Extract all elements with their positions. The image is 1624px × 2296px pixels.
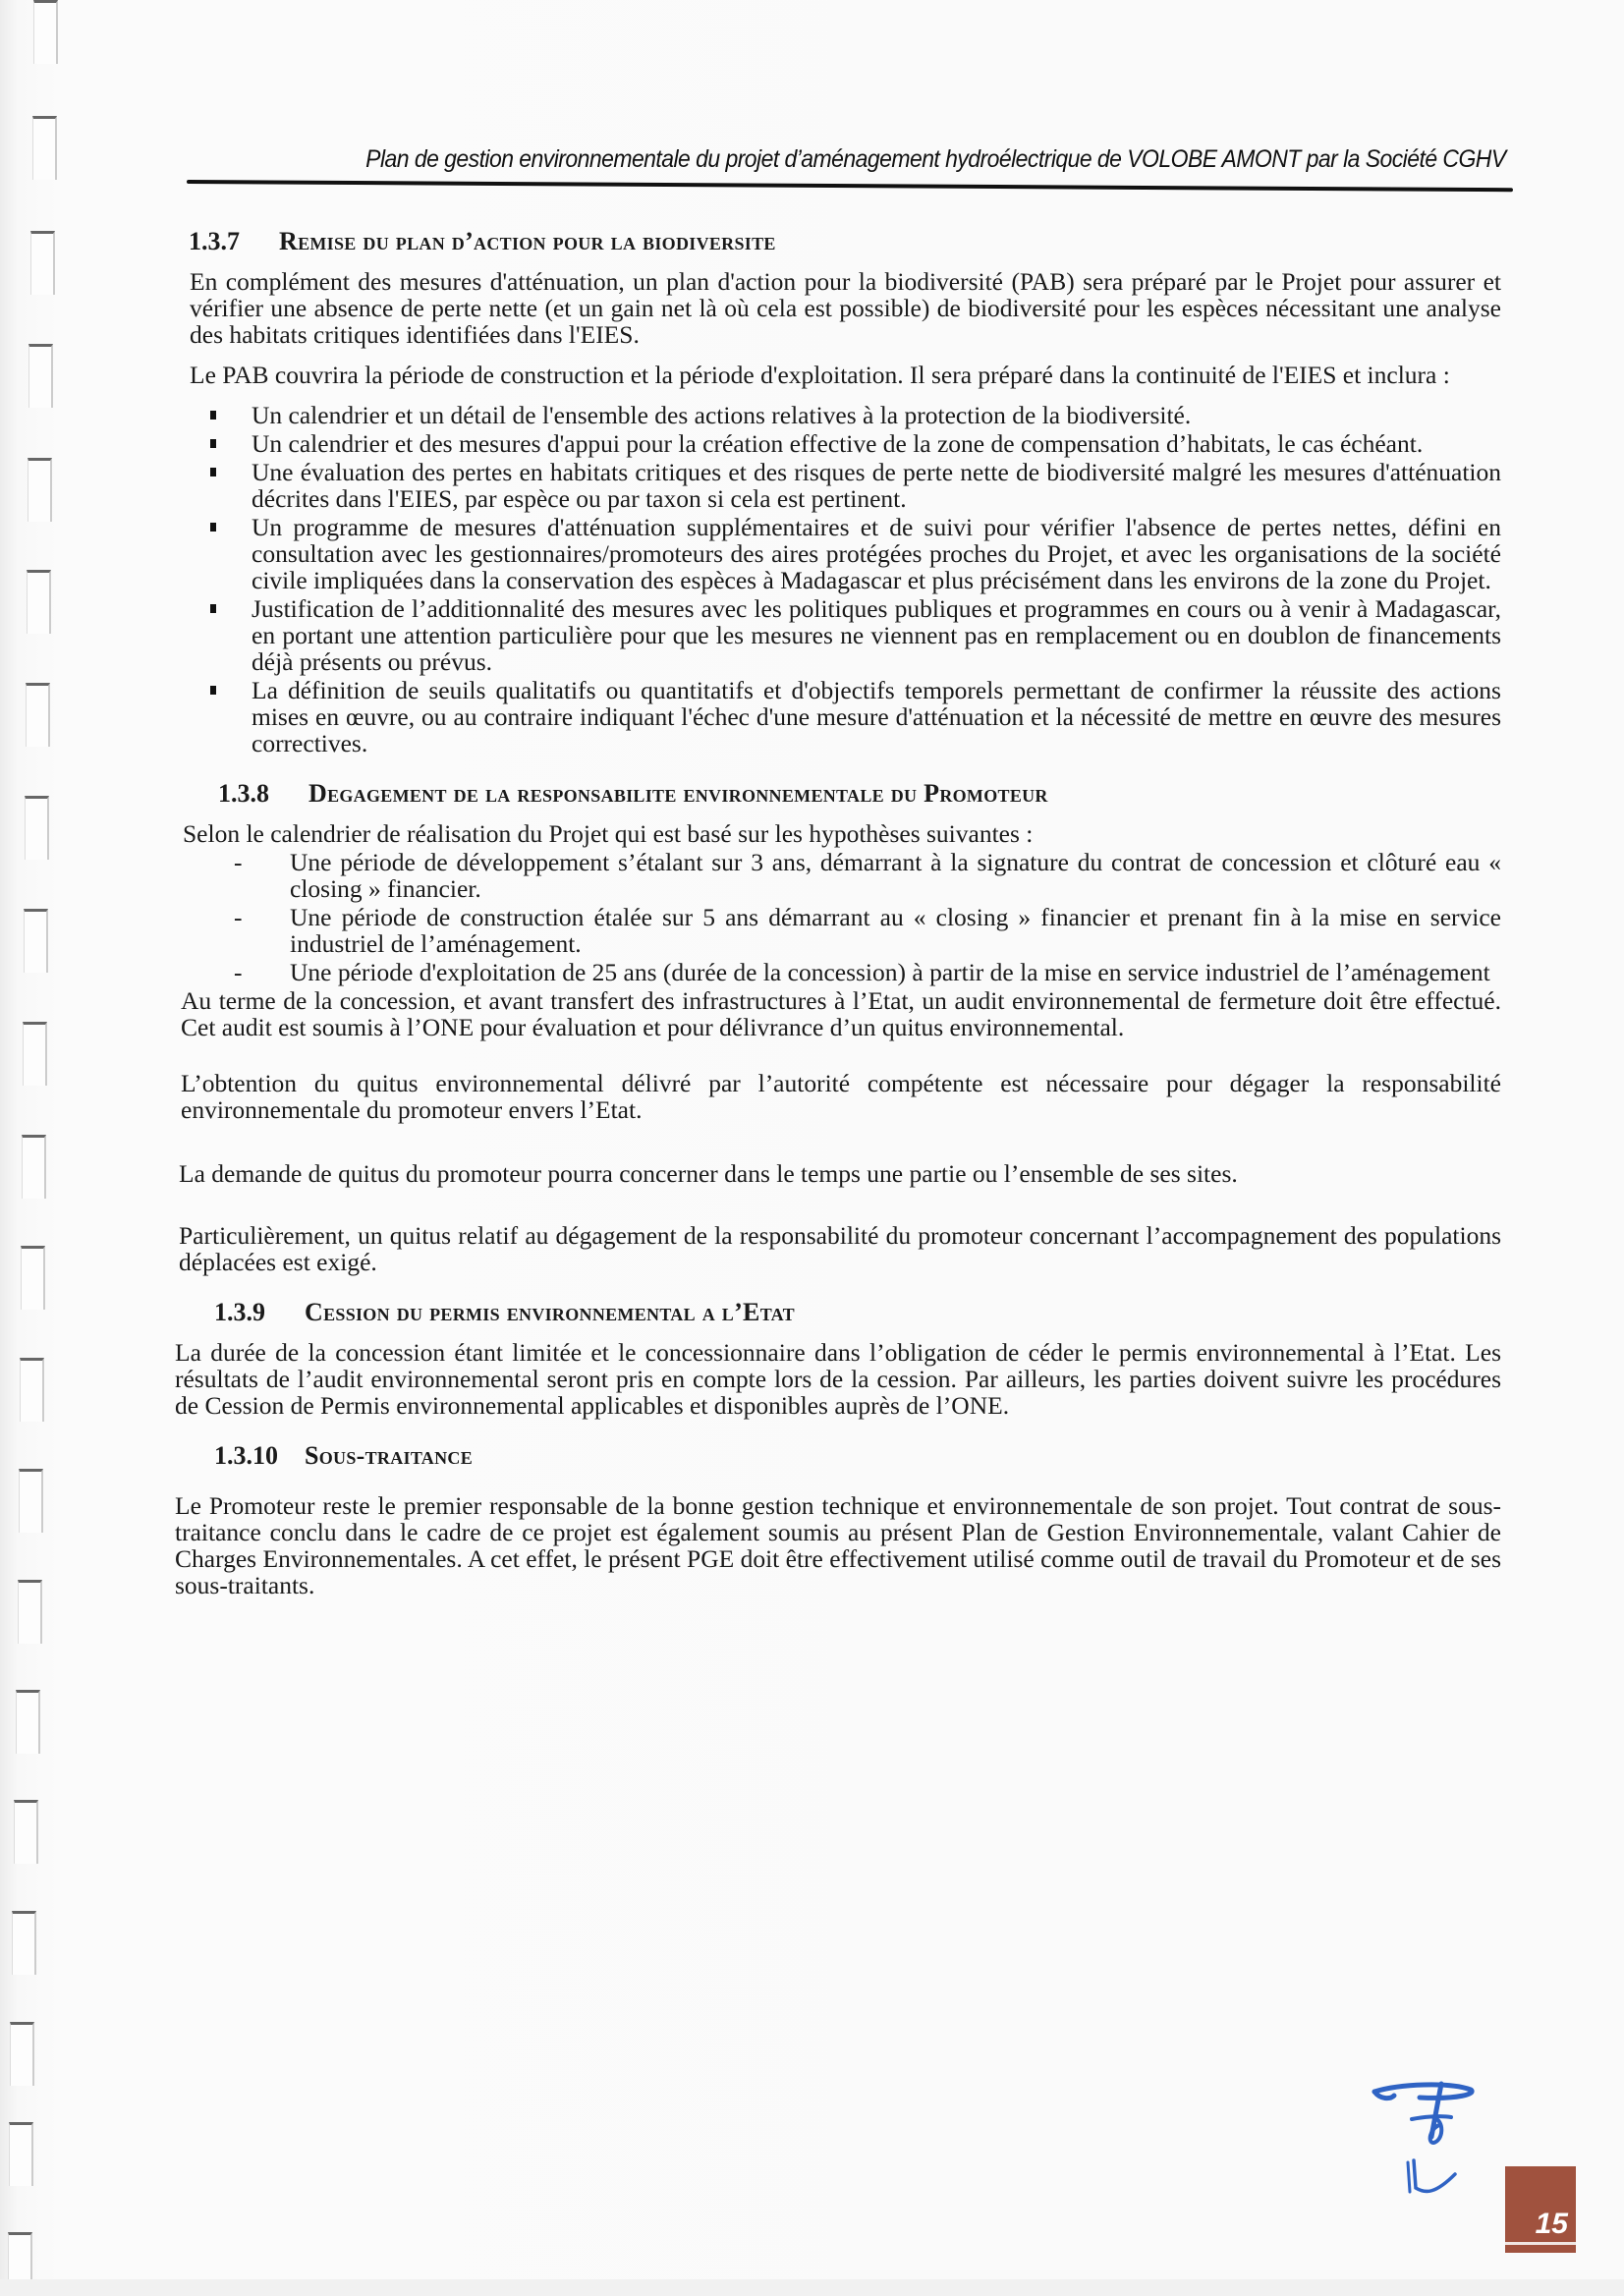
binding-hole (22, 1135, 46, 1199)
section-1-3-7: 1.3.7 Remise du plan d’action pour la bi… (175, 228, 1501, 756)
binding-hole (20, 1358, 44, 1422)
dash-item: Une période de développement s’étalant s… (175, 849, 1501, 902)
bullet-item: Un calendrier et un détail de l'ensemble… (187, 402, 1501, 428)
document-page: Plan de gestion environnementale du proj… (0, 0, 1624, 2296)
binding-hole (28, 458, 52, 522)
page-content: 1.3.7 Remise du plan d’action pour la bi… (175, 228, 1501, 1612)
section-title: Sous-traitance (305, 1442, 473, 1469)
binding-hole (33, 0, 58, 64)
binding-hole (24, 909, 48, 973)
page-header: Plan de gestion environnementale du proj… (187, 145, 1513, 184)
binding-hole (12, 1911, 36, 1975)
bullet-item: Justification de l’additionnalité des me… (187, 595, 1501, 675)
bullet-item: Une évaluation des pertes en habitats cr… (187, 459, 1501, 512)
bullet-item: La définition de seuils qualitatifs ou q… (187, 677, 1501, 756)
binding-hole (18, 1580, 42, 1644)
section-number: 1.3.9 (214, 1299, 305, 1325)
binding-hole (25, 796, 49, 860)
section-heading: 1.3.8 Degagement de la responsabilite en… (218, 780, 1501, 807)
paragraph: La demande de quitus du promoteur pourra… (179, 1160, 1501, 1187)
paragraph: Particulièrement, un quitus relatif au d… (179, 1222, 1501, 1275)
binding-hole (30, 231, 55, 295)
dash-item: Une période de construction étalée sur 5… (175, 904, 1501, 957)
paragraph: L’obtention du quitus environnemental dé… (181, 1070, 1501, 1123)
binding-holes (0, 0, 79, 2296)
header-title: Plan de gestion environnementale du proj… (293, 145, 1513, 174)
page-number-box: 15 (1505, 2166, 1576, 2253)
section-title: Cession du permis environnemental a l’Et… (305, 1299, 795, 1325)
section-title: Remise du plan d’action pour la biodiver… (279, 228, 776, 254)
binding-hole (32, 116, 57, 180)
section-heading: 1.3.9 Cession du permis environnemental … (214, 1299, 1501, 1325)
paragraph: La durée de la concession étant limitée … (175, 1339, 1501, 1419)
binding-hole (19, 1469, 43, 1533)
binding-hole (21, 1246, 45, 1310)
bullet-item: Un programme de mesures d'atténuation su… (187, 514, 1501, 593)
binding-hole (14, 1800, 38, 1864)
section-1-3-8: 1.3.8 Degagement de la responsabilite en… (175, 780, 1501, 1275)
binding-hole (26, 683, 50, 747)
dash-item: Une période d'exploitation de 25 ans (du… (175, 959, 1501, 985)
binding-hole (10, 2022, 34, 2086)
section-title: Degagement de la responsabilite environn… (308, 780, 1048, 807)
binding-hole (9, 2122, 33, 2186)
section-1-3-9: 1.3.9 Cession du permis environnemental … (175, 1299, 1501, 1419)
section-heading: 1.3.7 Remise du plan d’action pour la bi… (189, 228, 1501, 254)
paragraph: Au terme de la concession, et avant tran… (181, 987, 1501, 1040)
page-number-underline (1505, 2242, 1576, 2245)
page-number: 15 (1536, 2208, 1568, 2241)
paragraph: Le PAB couvrira la période de constructi… (190, 362, 1501, 388)
header-rule (187, 180, 1513, 192)
section-number: 1.3.10 (214, 1442, 305, 1469)
section-heading: 1.3.10 Sous-traitance (214, 1442, 1501, 1469)
paragraph: En complément des mesures d'atténuation,… (190, 268, 1501, 348)
binding-hole (28, 344, 53, 408)
section-number: 1.3.7 (189, 228, 279, 254)
section-number: 1.3.8 (218, 780, 308, 807)
paragraph: Le Promoteur reste le premier responsabl… (175, 1492, 1501, 1598)
binding-hole (27, 570, 51, 634)
bullet-item: Un calendrier et des mesures d'appui pou… (187, 430, 1501, 457)
paragraph: Selon le calendrier de réalisation du Pr… (183, 820, 1501, 847)
section-1-3-10: 1.3.10 Sous-traitance Le Promoteur reste… (175, 1442, 1501, 1598)
scan-bottom-edge (0, 2279, 1624, 2296)
bullet-list: Un calendrier et un détail de l'ensemble… (187, 402, 1501, 756)
binding-hole (23, 1022, 47, 1086)
binding-hole (16, 1690, 40, 1754)
signature-icon (1361, 2078, 1488, 2196)
dash-list: Une période de développement s’étalant s… (175, 849, 1501, 985)
